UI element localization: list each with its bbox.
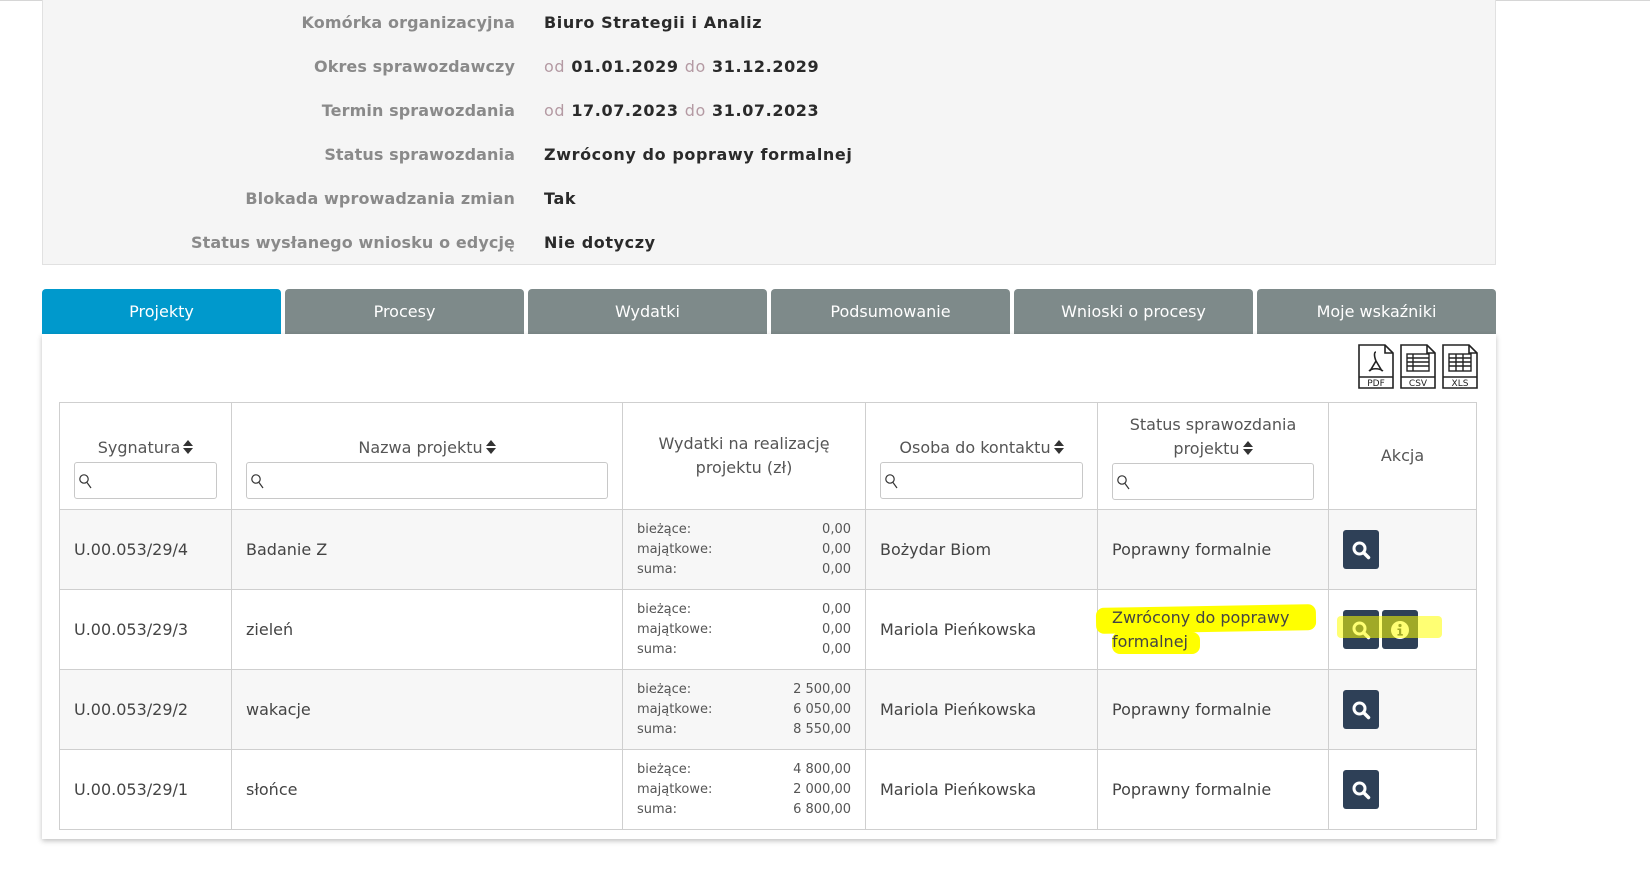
date-from: 17.07.2023: [571, 101, 678, 120]
header-label: Status sprawozdania: [1112, 413, 1314, 437]
header-action: Akcja: [1329, 403, 1477, 510]
name-filter-input[interactable]: [246, 462, 608, 499]
info-value: Biuro Strategii i Analiz: [544, 13, 762, 32]
status-filter-input[interactable]: [1112, 463, 1314, 500]
header-signature: Sygnatura: [60, 403, 232, 510]
table-row: U.00.053/29/2 wakacje bieżące:2 500,00 m…: [60, 670, 1477, 750]
expense-total: suma:0,00: [637, 640, 851, 660]
signature-cell: U.00.053/29/4: [60, 510, 232, 590]
signature-cell: U.00.053/29/2: [60, 670, 232, 750]
tab-projekty[interactable]: Projekty: [42, 289, 281, 334]
view-button[interactable]: [1343, 690, 1379, 729]
contact-cell: Mariola Pieńkowska: [866, 590, 1098, 670]
info-row-lock: Blokada wprowadzania zmian Tak: [43, 186, 1495, 210]
action-cell: [1329, 750, 1477, 830]
to-word: do: [685, 57, 706, 76]
search-icon: [1116, 474, 1130, 490]
signature-cell: U.00.053/29/1: [60, 750, 232, 830]
search-icon: [884, 473, 898, 489]
project-name: wakacje: [246, 700, 311, 719]
info-value: Nie dotyczy: [544, 233, 656, 252]
status-cell: Poprawny formalnie: [1098, 750, 1329, 830]
info-label: Blokada wprowadzania zmian: [43, 189, 515, 208]
info-row-status: Status sprawozdania Zwrócony do poprawy …: [43, 142, 1495, 166]
info-label: Okres sprawozdawczy: [43, 57, 515, 76]
expenses-cell: bieżące:0,00 majątkowe:0,00 suma:0,00: [623, 510, 866, 590]
info-value: Zwrócony do poprawy formalnej: [544, 145, 852, 164]
status-cell: Poprawny formalnie: [1098, 670, 1329, 750]
info-row-deadline: Termin sprawozdania od 17.07.2023 do 31.…: [43, 98, 1495, 122]
action-cell: [1329, 590, 1477, 670]
from-word: od: [544, 101, 565, 120]
header-label: Wydatki na realizację projektu (zł): [637, 432, 851, 480]
tab-podsumowanie[interactable]: Podsumowanie: [771, 289, 1010, 334]
project-name: słońce: [246, 780, 297, 799]
to-word: do: [685, 101, 706, 120]
expense-total: suma:8 550,00: [637, 720, 851, 740]
expense-capital: majątkowe:6 050,00: [637, 700, 851, 720]
sort-icon[interactable]: [183, 440, 193, 454]
header-label: Sygnatura: [98, 438, 181, 457]
svg-text:XLS: XLS: [1452, 379, 1469, 389]
status-cell: Poprawny formalnie: [1098, 510, 1329, 590]
info-value: od 17.07.2023 do 31.07.2023: [544, 101, 819, 120]
status-badge: Poprawny formalnie: [1112, 538, 1271, 562]
contact-cell: Mariola Pieńkowska: [866, 750, 1098, 830]
table-row: U.00.053/29/4 Badanie Z bieżące:0,00 maj…: [60, 510, 1477, 590]
export-buttons: PDF CSV XLS: [1357, 344, 1479, 390]
expense-current: bieżące:0,00: [637, 600, 851, 620]
signature-cell: U.00.053/29/3: [60, 590, 232, 670]
highlight-mark: [1337, 616, 1442, 638]
header-status: Status sprawozdania projektu: [1098, 403, 1329, 510]
contact-filter-input[interactable]: [880, 462, 1083, 499]
sort-icon[interactable]: [486, 440, 496, 454]
header-label: Nazwa projektu: [358, 438, 482, 457]
info-row-unit: Komórka organizacyjna Biuro Strategii i …: [43, 10, 1495, 34]
report-info-panel: Komórka organizacyjna Biuro Strategii i …: [42, 0, 1496, 265]
expenses-cell: bieżące:2 500,00 majątkowe:6 050,00 suma…: [623, 670, 866, 750]
expenses-cell: bieżące:0,00 majątkowe:0,00 suma:0,00: [623, 590, 866, 670]
status-badge: Poprawny formalnie: [1112, 778, 1271, 802]
signature: U.00.053/29/3: [74, 620, 188, 639]
tab-wydatki[interactable]: Wydatki: [528, 289, 767, 334]
info-label: Komórka organizacyjna: [43, 13, 515, 32]
name-cell: wakacje: [232, 670, 623, 750]
projects-panel: PDF CSV XLS: [42, 334, 1496, 839]
search-icon: [1351, 700, 1371, 720]
expense-capital: majątkowe:0,00: [637, 620, 851, 640]
sort-icon[interactable]: [1243, 441, 1253, 455]
signature: U.00.053/29/1: [74, 780, 188, 799]
date-from: 01.01.2029: [571, 57, 678, 76]
info-row-edit-request: Status wysłanego wniosku o edycję Nie do…: [43, 230, 1495, 254]
contact-person: Mariola Pieńkowska: [880, 700, 1036, 719]
table-row: U.00.053/29/1 słońce bieżące:4 800,00 ma…: [60, 750, 1477, 830]
table-row: U.00.053/29/3 zieleń bieżące:0,00 majątk…: [60, 590, 1477, 670]
expense-capital: majątkowe:0,00: [637, 540, 851, 560]
view-button[interactable]: [1343, 770, 1379, 809]
tab-bar: Projekty Procesy Wydatki Podsumowanie Wn…: [42, 289, 1496, 334]
table-header-row: Sygnatura Nazwa projektu Wydatki na real…: [60, 403, 1477, 510]
view-button[interactable]: [1343, 530, 1379, 569]
contact-person: Mariola Pieńkowska: [880, 780, 1036, 799]
name-cell: słońce: [232, 750, 623, 830]
contact-cell: Bożydar Biom: [866, 510, 1098, 590]
header-label: projektu: [1173, 439, 1239, 458]
contact-cell: Mariola Pieńkowska: [866, 670, 1098, 750]
status-cell: Zwrócony do poprawy formalnej: [1098, 590, 1329, 670]
signature: U.00.053/29/2: [74, 700, 188, 719]
expense-capital: majątkowe:2 000,00: [637, 780, 851, 800]
info-value: Tak: [544, 189, 576, 208]
header-label: Osoba do kontaktu: [899, 438, 1050, 457]
status-badge: Zwrócony do poprawy formalnej: [1112, 606, 1314, 654]
header-name: Nazwa projektu: [232, 403, 623, 510]
info-label: Termin sprawozdania: [43, 101, 515, 120]
expense-current: bieżące:2 500,00: [637, 680, 851, 700]
expense-total: suma:0,00: [637, 560, 851, 580]
contact-person: Bożydar Biom: [880, 540, 991, 559]
projects-table: Sygnatura Nazwa projektu Wydatki na real…: [59, 402, 1477, 830]
search-icon: [1351, 780, 1371, 800]
contact-person: Mariola Pieńkowska: [880, 620, 1036, 639]
expense-current: bieżące:4 800,00: [637, 760, 851, 780]
signature-filter-input[interactable]: [74, 462, 217, 499]
project-name: zieleń: [246, 620, 293, 639]
from-word: od: [544, 57, 565, 76]
tab-procesy[interactable]: Procesy: [285, 289, 524, 334]
search-icon: [78, 473, 92, 489]
sort-icon[interactable]: [1054, 440, 1064, 454]
expense-current: bieżące:0,00: [637, 520, 851, 540]
tab-moje-wskazniki[interactable]: Moje wskaźniki: [1257, 289, 1496, 334]
action-cell: [1329, 670, 1477, 750]
header-label: Akcja: [1381, 446, 1424, 465]
info-label: Status sprawozdania: [43, 145, 515, 164]
pdf-file-icon[interactable]: PDF: [1357, 344, 1395, 390]
signature: U.00.053/29/4: [74, 540, 188, 559]
date-to: 31.12.2029: [712, 57, 819, 76]
name-cell: zieleń: [232, 590, 623, 670]
status-badge: Poprawny formalnie: [1112, 698, 1271, 722]
tab-wnioski-o-procesy[interactable]: Wnioski o procesy: [1014, 289, 1253, 334]
svg-text:PDF: PDF: [1367, 379, 1385, 389]
project-name: Badanie Z: [246, 540, 327, 559]
expense-total: suma:6 800,00: [637, 800, 851, 820]
expenses-cell: bieżące:4 800,00 majątkowe:2 000,00 suma…: [623, 750, 866, 830]
xls-file-icon[interactable]: XLS: [1441, 344, 1479, 390]
search-icon: [1351, 540, 1371, 560]
date-to: 31.07.2023: [712, 101, 819, 120]
info-label: Status wysłanego wniosku o edycję: [43, 233, 515, 252]
csv-file-icon[interactable]: CSV: [1399, 344, 1437, 390]
info-value: od 01.01.2029 do 31.12.2029: [544, 57, 819, 76]
header-expenses: Wydatki na realizację projektu (zł): [623, 403, 866, 510]
search-icon: [250, 473, 264, 489]
svg-text:CSV: CSV: [1409, 379, 1428, 389]
header-contact: Osoba do kontaktu: [866, 403, 1098, 510]
action-cell: [1329, 510, 1477, 590]
name-cell: Badanie Z: [232, 510, 623, 590]
info-row-period: Okres sprawozdawczy od 01.01.2029 do 31.…: [43, 54, 1495, 78]
